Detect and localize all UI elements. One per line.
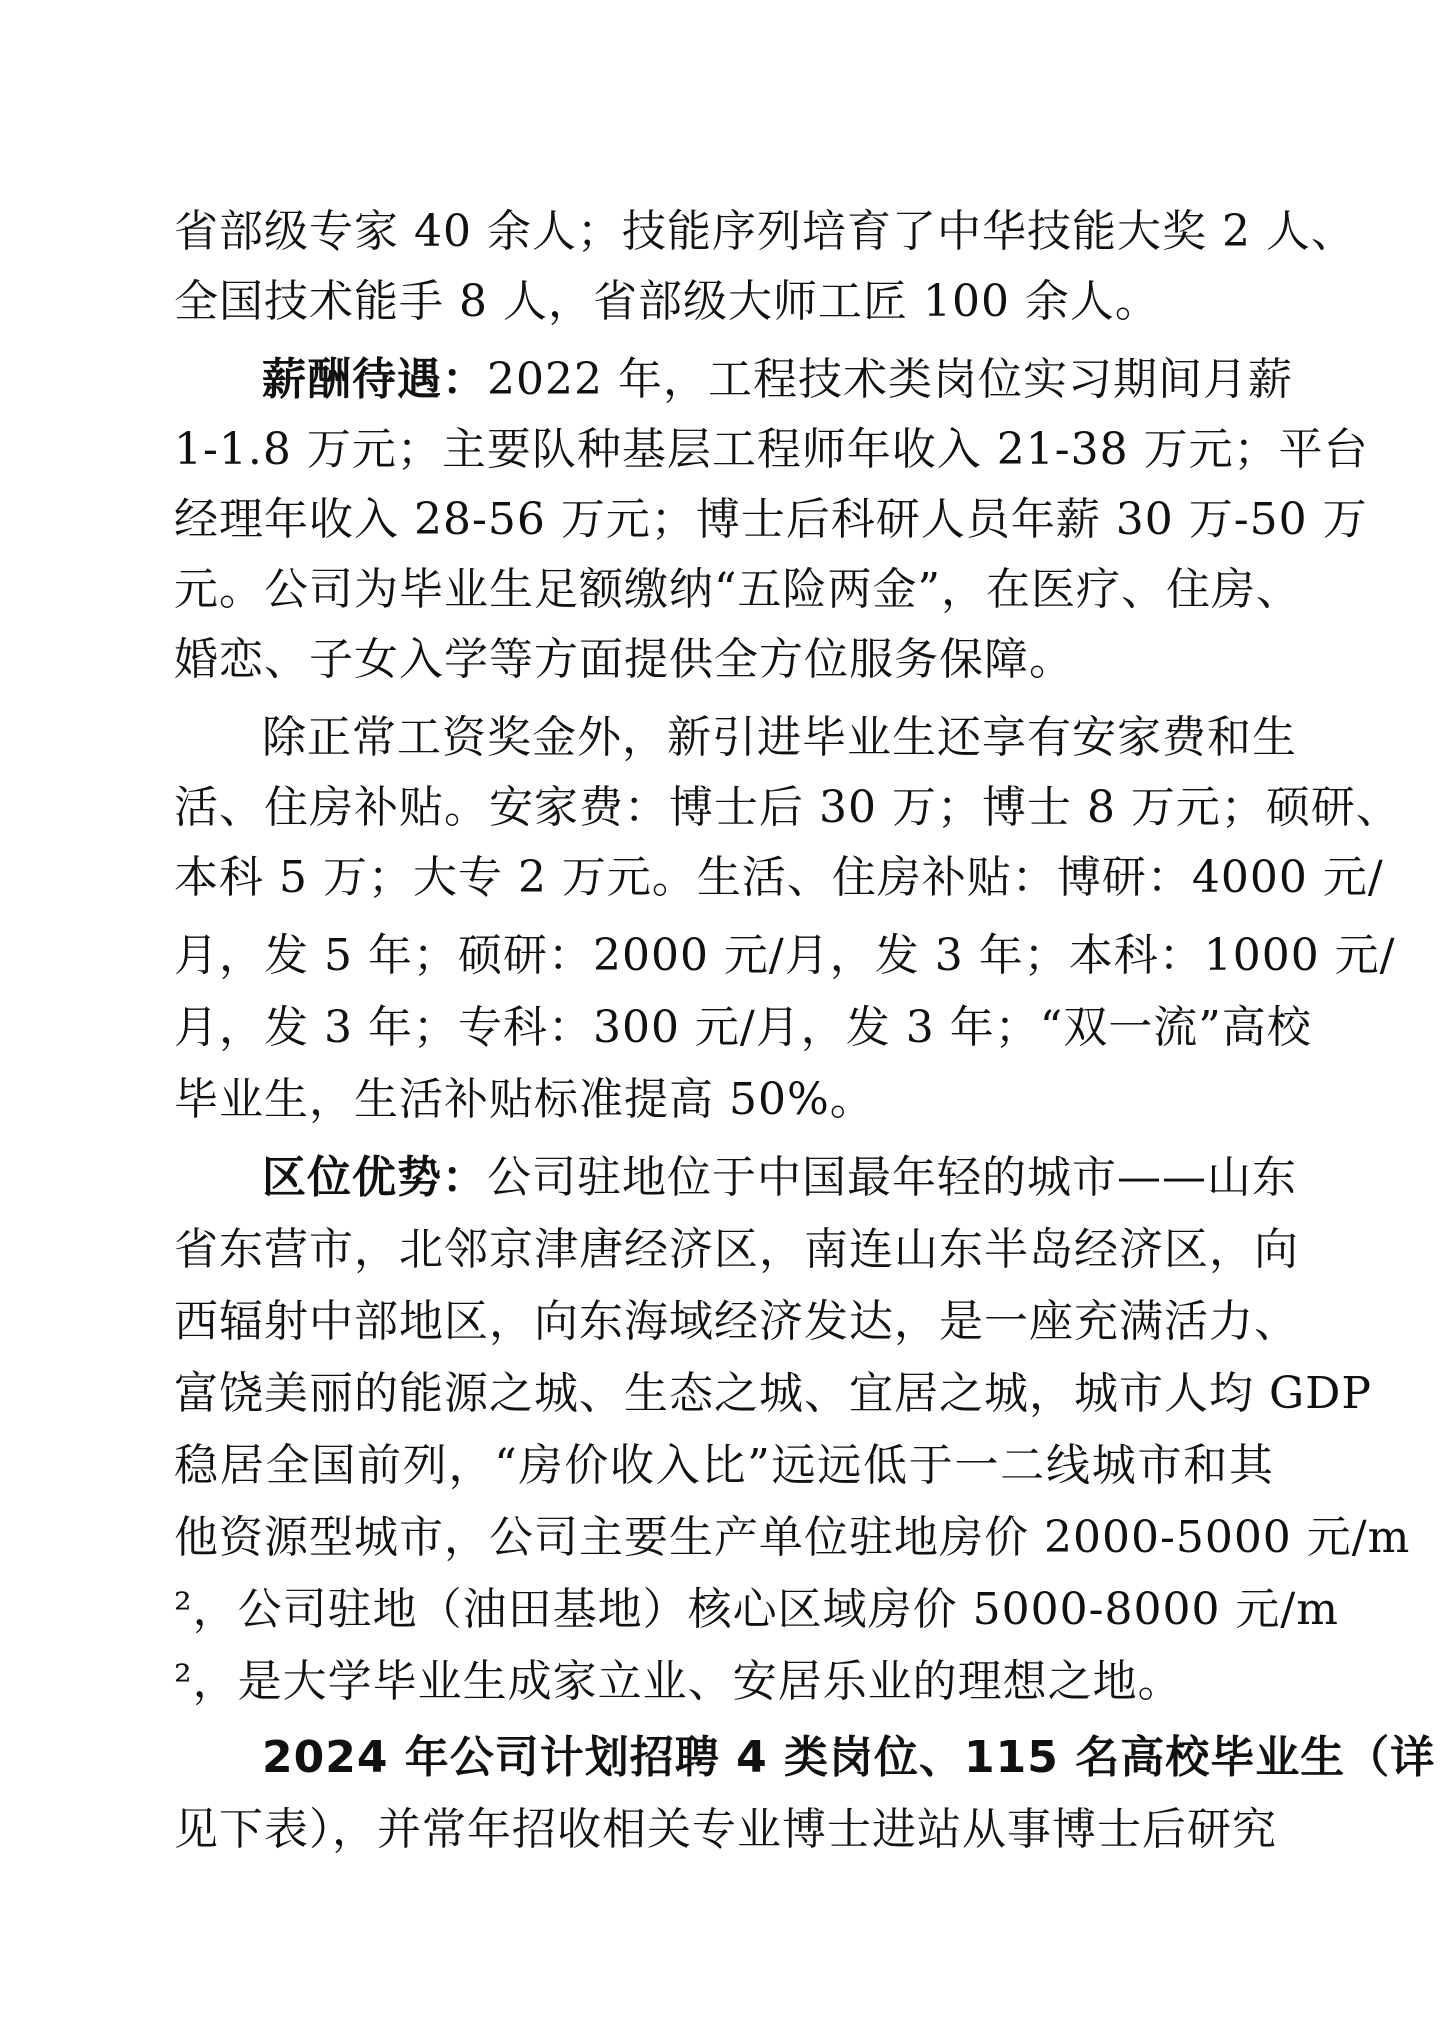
- recruitment-plan-line: 2024 年公司计划招聘 4 类岗位、115 名高校毕业生（详: [262, 1728, 1274, 1788]
- section-label-salary: 薪酬待遇：: [262, 354, 487, 405]
- text-line: 省部级专家 40 余人；技能序列培育了中华技能大奖 2 人、: [174, 202, 1274, 262]
- text-line: 富饶美丽的能源之城、生态之城、宜居之城，城市人均 GDP: [174, 1364, 1274, 1424]
- text-line: 元。公司为毕业生足额缴纳“五险两金”，在医疗、住房、: [174, 560, 1274, 620]
- text-line: 西辐射中部地区，向东海域经济发达，是一座充满活力、: [174, 1292, 1274, 1352]
- location-section-line: 区位优势：公司驻地位于中国最年轻的城市——山东: [262, 1148, 1274, 1208]
- text-line: 1-1.8 万元；主要队种基层工程师年收入 21-38 万元；平台: [174, 420, 1274, 480]
- text-line: 活、住房补贴。安家费：博士后 30 万；博士 8 万元；硕研、: [174, 778, 1274, 838]
- text-line: ²，是大学毕业生成家立业、安居乐业的理想之地。: [174, 1652, 1274, 1712]
- text-line: 他资源型城市，公司主要生产单位驻地房价 2000-5000 元/m: [174, 1508, 1274, 1568]
- text-line: ²，公司驻地（油田基地）核心区域房价 5000-8000 元/m: [174, 1580, 1274, 1640]
- text-line: 全国技术能手 8 人，省部级大师工匠 100 余人。: [174, 272, 1274, 332]
- text-line: 省东营市，北邻京津唐经济区，南连山东半岛经济区，向: [174, 1220, 1274, 1280]
- text-line: 婚恋、子女入学等方面提供全方位服务保障。: [174, 630, 1274, 690]
- text-line: 经理年收入 28-56 万元；博士后科研人员年薪 30 万-50 万: [174, 490, 1274, 550]
- text-line: 稳居全国前列，“房价收入比”远远低于一二线城市和其: [174, 1436, 1274, 1496]
- text-line: 月，发 3 年；专科：300 元/月，发 3 年；“双一流”高校: [174, 998, 1274, 1058]
- text-span: 2022 年，工程技术类岗位实习期间月薪: [487, 354, 1293, 405]
- text-line: 见下表），并常年招收相关专业博士进站从事博士后研究: [174, 1800, 1274, 1860]
- text-line: 月，发 5 年；硕研：2000 元/月，发 3 年；本科：1000 元/: [174, 926, 1274, 986]
- salary-section-line: 薪酬待遇：2022 年，工程技术类岗位实习期间月薪: [262, 350, 1274, 410]
- text-line: 除正常工资奖金外，新引进毕业生还享有安家费和生: [262, 708, 1274, 768]
- text-line: 毕业生，生活补贴标准提高 50%。: [174, 1070, 1274, 1130]
- document-page: 省部级专家 40 余人；技能序列培育了中华技能大奖 2 人、 全国技术能手 8 …: [0, 0, 1440, 2036]
- text-line: 本科 5 万；大专 2 万元。生活、住房补贴：博研：4000 元/: [174, 848, 1274, 908]
- section-label-location: 区位优势：: [262, 1152, 487, 1203]
- text-span: 公司驻地位于中国最年轻的城市——山东: [487, 1152, 1297, 1203]
